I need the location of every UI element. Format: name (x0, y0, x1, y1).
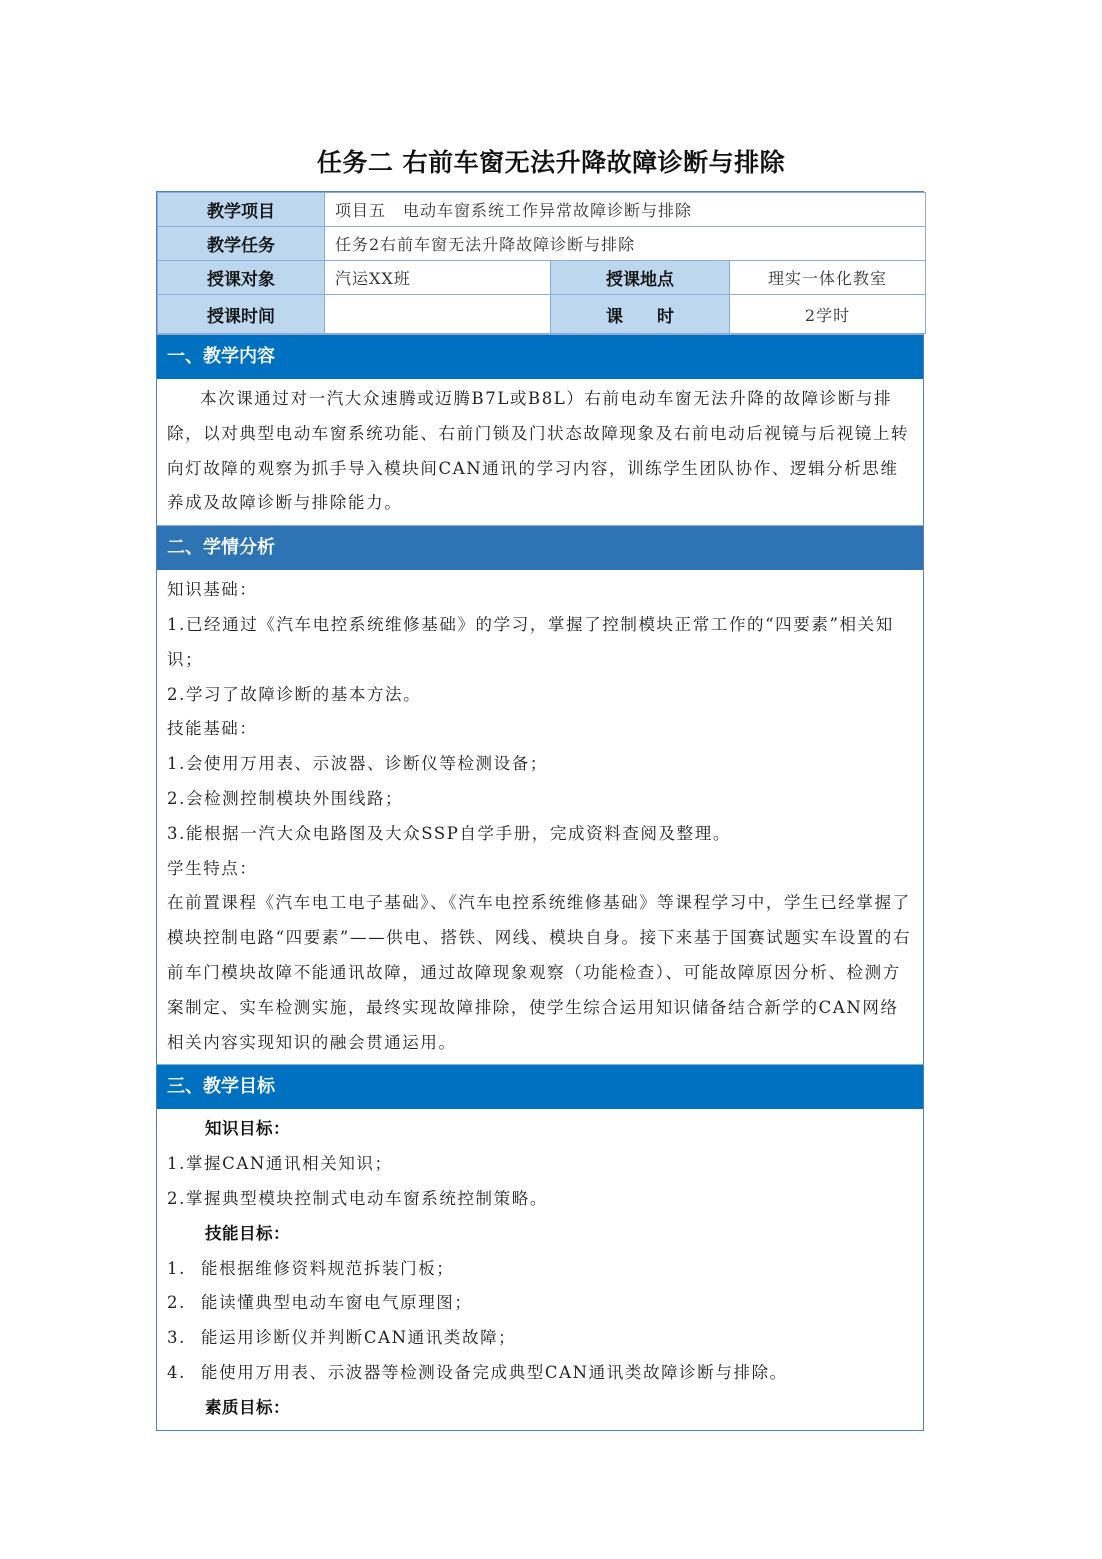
task-label: 教学任务 (158, 227, 325, 261)
section-heading-learner-analysis: 二、学情分析 (157, 525, 923, 570)
section-heading-teaching-goals: 三、教学目标 (157, 1064, 923, 1109)
knowledge-basis-heading: 知识基础： (167, 573, 913, 608)
item-number: 1. (167, 1252, 201, 1287)
lesson-plan-table: 教学项目 项目五 电动车窗系统工作异常故障诊断与排除 教学任务 任务2右前车窗无… (156, 191, 924, 1431)
project-label: 教学项目 (158, 193, 325, 227)
skill-goal-item: 1.能根据维修资料规范拆装门板； (167, 1252, 913, 1287)
item-text: 能使用万用表、示波器等检测设备完成典型CAN通讯类故障诊断与排除。 (201, 1363, 788, 1382)
teaching-content-paragraph: 本次课通过对一汽大众速腾或迈腾B7L或B8L）右前电动车窗无法升降的故障诊断与排… (167, 382, 913, 521)
item-text: 能运用诊断仪并判断CAN通讯类故障； (201, 1328, 516, 1347)
info-table: 教学项目 项目五 电动车窗系统工作异常故障诊断与排除 教学任务 任务2右前车窗无… (157, 192, 926, 334)
section-body-teaching-content: 本次课通过对一汽大众速腾或迈腾B7L或B8L）右前电动车窗无法升降的故障诊断与排… (157, 379, 923, 525)
item-text: 能根据维修资料规范拆装门板； (201, 1259, 454, 1278)
skill-basis-item: 3.能根据一汽大众电路图及大众SSP自学手册，完成资料查阅及整理。 (167, 817, 913, 852)
student-traits-paragraph: 在前置课程《汽车电工电子基础》、《汽车电控系统维修基础》等课程学习中，学生已经掌… (167, 886, 913, 1060)
item-number: 4. (167, 1356, 201, 1391)
student-traits-heading: 学生特点： (167, 852, 913, 887)
time-value (325, 295, 551, 334)
skill-goal-item: 2.能读懂典型电动车窗电气原理图； (167, 1286, 913, 1321)
hours-value: 2学时 (730, 295, 926, 334)
location-label: 授课地点 (551, 261, 730, 295)
skill-goals-heading: 技能目标： (167, 1217, 913, 1252)
skill-basis-item: 2.会检测控制模块外围线路； (167, 782, 913, 817)
time-label: 授课时间 (158, 295, 325, 334)
location-value: 理实一体化教室 (730, 261, 926, 295)
skill-goal-item: 4.能使用万用表、示波器等检测设备完成典型CAN通讯类故障诊断与排除。 (167, 1356, 913, 1391)
audience-value: 汽运XX班 (325, 261, 551, 295)
knowledge-basis-item: 1.已经通过《汽车电控系统维修基础》的学习，掌握了控制模块正常工作的“四要素”相… (167, 608, 913, 678)
knowledge-goal-item: 2.掌握典型模块控制式电动车窗系统控制策略。 (167, 1182, 913, 1217)
quality-goals-heading: 素质目标： (167, 1391, 913, 1426)
knowledge-basis-item: 2.学习了故障诊断的基本方法。 (167, 678, 913, 713)
item-number: 3. (167, 1321, 201, 1356)
skill-basis-heading: 技能基础： (167, 712, 913, 747)
audience-label: 授课对象 (158, 261, 325, 295)
item-number: 2. (167, 1286, 201, 1321)
skill-basis-item: 1.会使用万用表、示波器、诊断仪等检测设备； (167, 747, 913, 782)
section-body-teaching-goals: 知识目标： 1.掌握CAN通讯相关知识； 2.掌握典型模块控制式电动车窗系统控制… (157, 1109, 923, 1429)
project-value: 项目五 电动车窗系统工作异常故障诊断与排除 (325, 193, 926, 227)
skill-goal-item: 3.能运用诊断仪并判断CAN通讯类故障； (167, 1321, 913, 1356)
knowledge-goal-item: 1.掌握CAN通讯相关知识； (167, 1147, 913, 1182)
item-text: 能读懂典型电动车窗电气原理图； (201, 1293, 473, 1312)
hours-label: 课 时 (551, 295, 730, 334)
section-heading-teaching-content: 一、教学内容 (157, 334, 923, 379)
task-value: 任务2右前车窗无法升降故障诊断与排除 (325, 227, 926, 261)
document-title: 任务二 右前车窗无法升降故障诊断与排除 (0, 143, 1102, 179)
section-body-learner-analysis: 知识基础： 1.已经通过《汽车电控系统维修基础》的学习，掌握了控制模块正常工作的… (157, 570, 923, 1064)
knowledge-goals-heading: 知识目标： (167, 1112, 913, 1147)
